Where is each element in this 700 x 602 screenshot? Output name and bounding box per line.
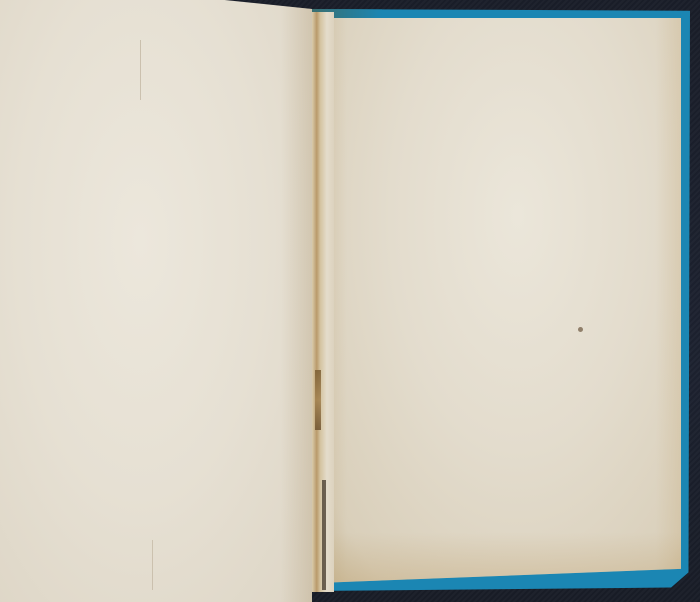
paper-crease <box>152 540 153 590</box>
left-flyleaf-page <box>0 0 312 602</box>
hinge-tear <box>315 370 321 430</box>
book-photo <box>0 0 700 602</box>
foxing-spot <box>578 327 583 332</box>
paper-crease <box>140 40 141 100</box>
right-pastedown-page <box>318 18 681 583</box>
hinge-shadow <box>322 480 326 590</box>
